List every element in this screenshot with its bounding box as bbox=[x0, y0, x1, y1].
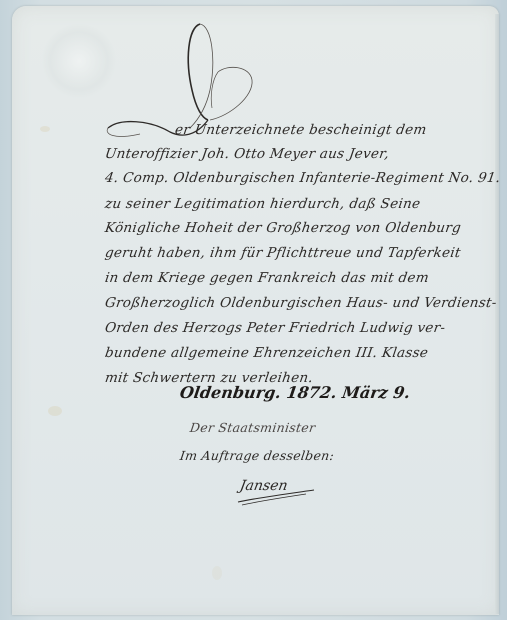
line-text: Königliche Hoheit der Großherzog von Old… bbox=[104, 220, 462, 236]
document-line-4: zu seiner Legitimation hierdurch, daß Se… bbox=[104, 196, 422, 212]
document-line-2: Unteroffizier Joh. Otto Meyer aus Jever, bbox=[104, 146, 390, 162]
line-text: Orden des Herzogs Peter Friedrich Ludwig… bbox=[104, 320, 447, 336]
line-text: 4. Comp. Oldenburgischen Infanterie-Regi… bbox=[104, 170, 502, 186]
document-line-7: in dem Kriege gegen Frankreich das mit d… bbox=[104, 270, 430, 286]
document-line-8: Großherzoglich Oldenburgischen Haus- und… bbox=[104, 295, 498, 311]
line-text: geruht haben, ihm für Pflichttreue und T… bbox=[104, 245, 462, 261]
paper-stain bbox=[48, 406, 62, 416]
document-line-10: bundene allgemeine Ehrenzeichen III. Kla… bbox=[104, 345, 429, 361]
line-text: er Unterzeichnete bescheinigt dem bbox=[174, 122, 428, 138]
closing-on-behalf: Im Auftrage desselben: bbox=[179, 448, 335, 463]
signature-underline-icon bbox=[236, 486, 316, 506]
paper-stain bbox=[40, 126, 50, 132]
paper-stain bbox=[212, 566, 222, 580]
document-line-3: 4. Comp. Oldenburgischen Infanterie-Regi… bbox=[104, 170, 502, 186]
line-text: bundene allgemeine Ehrenzeichen III. Kla… bbox=[104, 345, 429, 361]
line-text: Unteroffizier Joh. Otto Meyer aus Jever, bbox=[104, 146, 390, 162]
document-line-5: Königliche Hoheit der Großherzog von Old… bbox=[104, 220, 462, 236]
document-line-1: er Unterzeichnete bescheinigt dem bbox=[174, 122, 428, 138]
paper-edge bbox=[495, 14, 499, 614]
document-line-6: geruht haben, ihm für Pflichttreue und T… bbox=[104, 245, 462, 261]
line-text: in dem Kriege gegen Frankreich das mit d… bbox=[104, 270, 430, 286]
line-text: zu seiner Legitimation hierdurch, daß Se… bbox=[104, 196, 422, 212]
line-text: Großherzoglich Oldenburgischen Haus- und… bbox=[104, 295, 498, 311]
date-line: Oldenburg. 1872. März 9. bbox=[179, 383, 412, 402]
closing-title: Der Staatsminister bbox=[189, 420, 317, 435]
document-line-9: Orden des Herzogs Peter Friedrich Ludwig… bbox=[104, 320, 447, 336]
